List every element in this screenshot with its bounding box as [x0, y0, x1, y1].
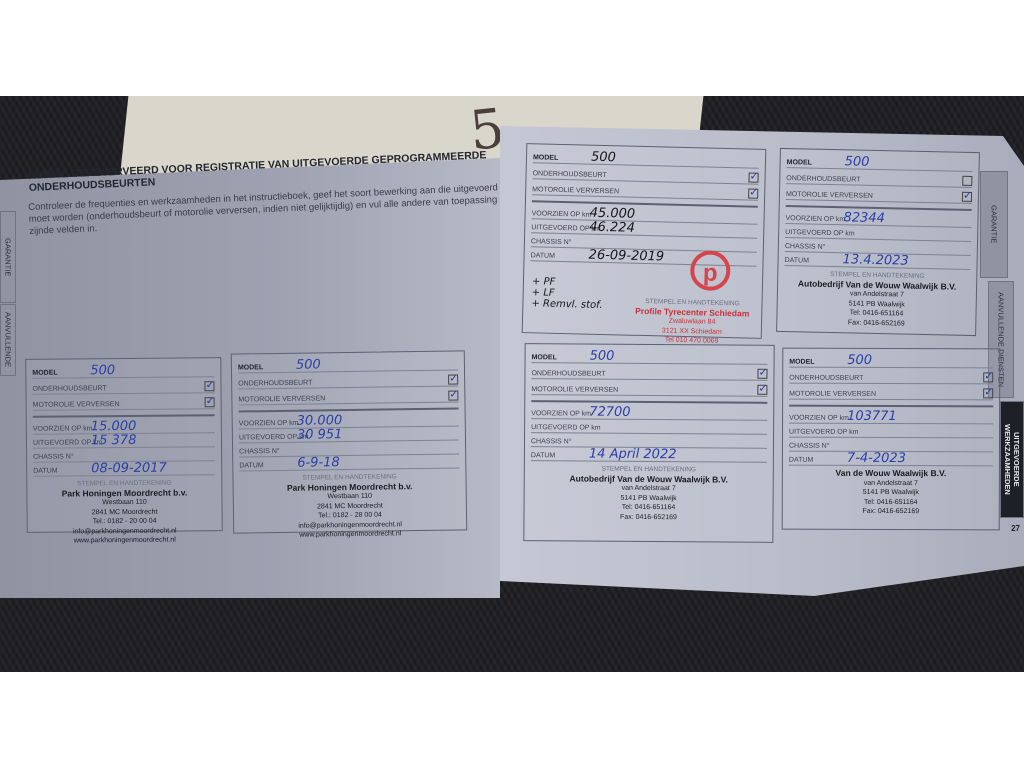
field-label: MOTOROLIE VERVERSEN — [532, 186, 619, 195]
field-label: MOTOROLIE VERVERSEN — [786, 191, 873, 200]
field-label: CHASSIS N° — [785, 243, 826, 251]
field-date: DATUM14 April 2022 — [531, 448, 767, 463]
handwritten-value: 500 — [591, 150, 616, 166]
divider — [239, 407, 459, 412]
checkbox: ✓ — [204, 381, 214, 391]
page-number: 27 — [1011, 524, 1020, 533]
field-label: MODEL — [32, 370, 57, 377]
field-label: ONDERHOUDSBEURT — [32, 385, 106, 393]
photo: 5 RUIMTE GERESERVEERD VOOR REGISTRATIE V… — [0, 96, 1024, 672]
field-label: MODEL — [789, 359, 814, 366]
handwritten-note: + PF — [532, 276, 556, 288]
tab-aanvullende-left: AANVULLENDE — [0, 304, 16, 376]
tab-garantie-left: GARANTIE — [0, 211, 16, 303]
field-label: MODEL — [787, 159, 812, 167]
handwritten-note: + Remvl. stof. — [531, 298, 602, 311]
field-done-km: UITGEVOERD OP km — [789, 425, 993, 439]
checkbox — [962, 176, 972, 186]
field-oil: MOTOROLIE VERVERSEN✓ — [531, 382, 767, 397]
field-planned-km: VOORZIEN OP km103771 — [789, 411, 993, 425]
handwritten-value: 500 — [90, 363, 115, 378]
field-model: MODEL500 — [32, 364, 214, 379]
service-record-card: MODEL500ONDERHOUDSBEURT✓MOTOROLIE VERVER… — [522, 143, 767, 339]
tab-uitgevoerde-werkzaamheden: UITGEVOERDE WERKZAAMHEDEN — [1000, 401, 1024, 518]
field-label: MOTOROLIE VERVERSEN — [238, 395, 325, 403]
field-label: VOORZIEN OP km — [239, 420, 299, 428]
dealer-stamp: STEMPEL EN HANDTEKENINGAutobedrijf Van d… — [777, 269, 976, 330]
handwritten-value: 82344 — [843, 210, 885, 226]
dealer-stamp: STEMPEL EN HANDTEKENINGPark Honingen Moo… — [233, 471, 466, 541]
handwritten-value: 500 — [296, 357, 321, 372]
field-label: UITGEVOERD OP km — [785, 229, 855, 237]
service-record-card: MODEL500ONDERHOUDSBEURT✓MOTOROLIE VERVER… — [231, 350, 467, 533]
field-label: DATUM — [33, 468, 57, 475]
field-label: DATUM — [785, 257, 810, 265]
handwritten-value: 26-09-2019 — [588, 248, 664, 265]
field-service: ONDERHOUDSBEURT — [786, 171, 972, 188]
field-label: CHASSIS N° — [531, 438, 572, 445]
field-label: MOTOROLIE VERVERSEN — [789, 391, 876, 398]
checkbox: ✓ — [748, 189, 758, 199]
divider — [789, 405, 993, 408]
handwritten-value: 103771 — [847, 409, 897, 424]
handwritten-value: 15 378 — [91, 433, 137, 448]
checkbox: ✓ — [748, 173, 758, 183]
field-label: CHASSIS N° — [531, 238, 572, 246]
tab-garantie-right: GARANTIE — [980, 171, 1008, 278]
field-label: MODEL — [238, 364, 263, 371]
handwritten-value: 08-09-2017 — [91, 461, 167, 477]
checkbox: ✓ — [757, 385, 767, 395]
field-oil: MOTOROLIE VERVERSEN✓ — [786, 187, 972, 204]
field-label: UITGEVOERD OP km — [789, 429, 859, 436]
field-label: CHASSIS N° — [33, 453, 74, 460]
field-service: ONDERHOUDSBEURT✓ — [238, 373, 458, 389]
field-oil: MOTOROLIE VERVERSEN✓ — [238, 389, 458, 405]
field-label: CHASSIS N° — [239, 448, 280, 456]
field-label: DATUM — [789, 457, 813, 464]
field-label: MOTOROLIE VERVERSEN — [33, 401, 120, 409]
field-service: ONDERHOUDSBEURT✓ — [531, 366, 767, 381]
field-model: MODEL500 — [789, 355, 993, 369]
field-oil: MOTOROLIE VERVERSEN✓ — [532, 182, 758, 201]
handwritten-value: 30 951 — [297, 427, 343, 443]
field-label: VOORZIEN OP km — [531, 410, 591, 417]
field-label: ONDERHOUDSBEURT — [533, 170, 607, 179]
service-record-card: MODEL500ONDERHOUDSBEURTMOTOROLIE VERVERS… — [776, 148, 980, 336]
field-label: DATUM — [531, 452, 555, 459]
field-label: VOORZIEN OP km — [33, 425, 93, 433]
divider — [33, 414, 215, 418]
checkbox: ✓ — [757, 369, 767, 379]
field-label: DATUM — [531, 252, 556, 260]
field-service: ONDERHOUDSBEURT✓ — [532, 166, 758, 185]
checkbox: ✓ — [448, 374, 458, 384]
field-label: CHASSIS N° — [789, 443, 830, 450]
divider — [531, 400, 767, 404]
handwritten-value: 72700 — [589, 405, 630, 420]
field-date: DATUM08-09-2017 — [33, 462, 215, 477]
field-label: ONDERHOUDSBEURT — [238, 380, 312, 388]
field-label: VOORZIEN OP km — [532, 210, 592, 218]
field-oil: MOTOROLIE VERVERSEN✓ — [33, 396, 215, 411]
field-service: ONDERHOUDSBEURT✓ — [789, 371, 993, 385]
field-label: DATUM — [239, 462, 263, 469]
service-record-card: MODEL500ONDERHOUDSBEURT✓MOTOROLIE VERVER… — [25, 357, 223, 533]
field-done-km: UITGEVOERD OP km — [531, 420, 767, 435]
field-oil: MOTOROLIE VERVERSEN✓ — [789, 387, 993, 401]
handwritten-value: 13.4.2023 — [842, 252, 908, 268]
handwritten-value: 500 — [845, 154, 870, 170]
handwritten-value: 500 — [847, 353, 872, 368]
field-date: DATUM13.4.2023 — [784, 253, 970, 270]
field-model: MODEL500 — [238, 357, 458, 373]
field-label: ONDERHOUDSBEURT — [531, 370, 605, 378]
field-label: MODEL — [533, 154, 558, 162]
field-label: VOORZIEN OP km — [789, 415, 849, 422]
field-model: MODEL500 — [532, 350, 768, 365]
service-record-card: MODEL500ONDERHOUDSBEURT✓MOTOROLIE VERVER… — [523, 343, 774, 543]
stamp-logo-icon: p — [690, 250, 731, 291]
checkbox: ✓ — [983, 372, 993, 382]
field-label: UITGEVOERD OP km — [531, 424, 601, 431]
field-label: MOTOROLIE VERVERSEN — [531, 386, 618, 394]
service-record-card: MODEL500ONDERHOUDSBEURT✓MOTOROLIE VERVER… — [782, 348, 1001, 531]
dealer-stamp: STEMPEL EN HANDTEKENINGProfile Tyrecente… — [622, 297, 761, 348]
field-label: VOORZIEN OP km — [785, 215, 845, 223]
field-date: DATUM7-4-2023 — [789, 453, 993, 467]
field-model: MODEL500 — [533, 150, 759, 169]
handwritten-value: 14 April 2022 — [589, 447, 677, 463]
checkbox: ✓ — [448, 390, 458, 400]
stamp-line: Fax: 0416-652169 — [524, 512, 772, 523]
handwritten-note: + LF — [532, 287, 555, 299]
stamp-line: www.parkhoningenmoordrecht.nl — [28, 535, 222, 546]
handwritten-value: 500 — [590, 349, 615, 364]
field-model: MODEL500 — [787, 155, 973, 172]
stamp-line: Fax: 0416-652169 — [783, 507, 999, 517]
dealer-stamp: Van de Wouw Waalwijk B.V.van Andelstraat… — [783, 469, 999, 517]
field-label: MODEL — [532, 354, 557, 361]
field-label: ONDERHOUDSBEURT — [786, 175, 860, 184]
handwritten-value: 46.224 — [589, 220, 635, 236]
dealer-stamp: STEMPEL EN HANDTEKENINGAutobedrijf Van d… — [524, 464, 772, 523]
field-planned-km: VOORZIEN OP km72700 — [531, 406, 767, 421]
field-service: ONDERHOUDSBEURT✓ — [32, 380, 214, 395]
handwritten-value: 7-4-2023 — [847, 451, 906, 466]
checkbox: ✓ — [205, 397, 215, 407]
checkbox: ✓ — [962, 192, 972, 202]
field-date: DATUM6-9-18 — [239, 455, 459, 471]
handwritten-value: 6-9-18 — [297, 455, 340, 471]
field-label: ONDERHOUDSBEURT — [789, 375, 863, 382]
field-done-km: UITGEVOERD OP km15 378 — [33, 434, 215, 449]
dealer-stamp: STEMPEL EN HANDTEKENINGPark Honingen Moo… — [27, 478, 222, 546]
checkbox: ✓ — [983, 388, 993, 398]
